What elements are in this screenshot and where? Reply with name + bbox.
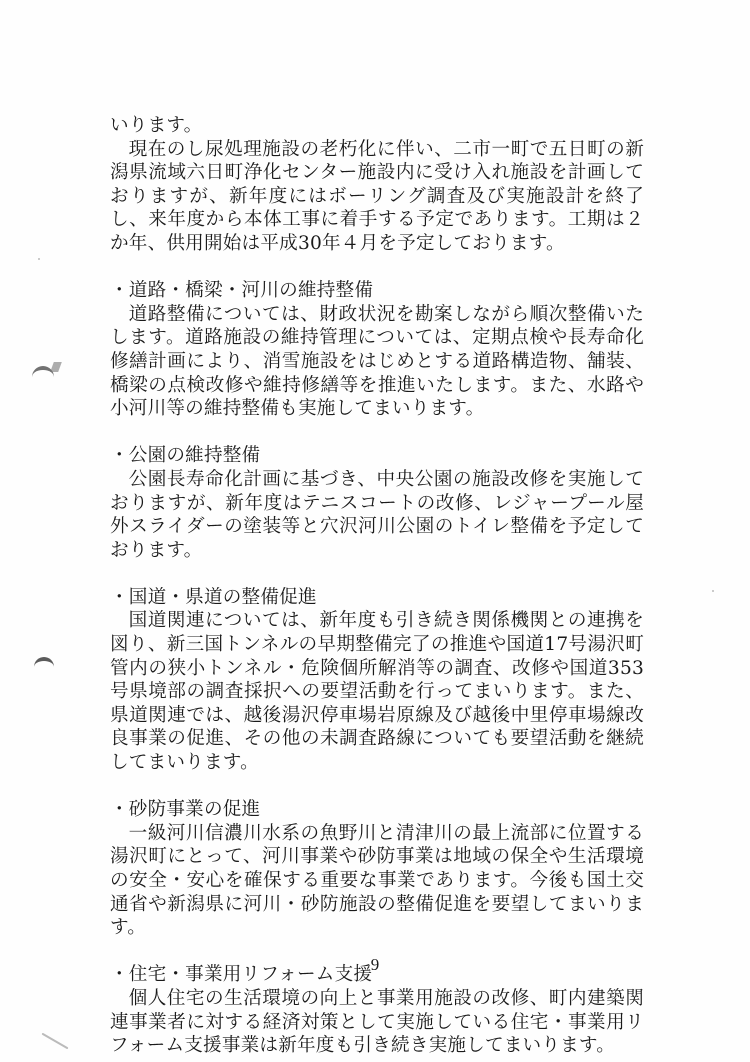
- scanned-page: いります。 現在のし尿処理施設の老朽化に伴い、二市一町で五日町の新潟県流域六日町…: [0, 0, 750, 1062]
- section-national-prefectural-roads: ・国道・県道の整備促進 国道関連については、新年度も引き続き関係機関との連携を図…: [110, 586, 644, 775]
- section-roads-bridges-rivers: ・道路・橋梁・河川の維持整備 道路整備については、財政状況を勘案しながら順次整備…: [110, 279, 644, 421]
- section-body: 個人住宅の生活環境の向上と事業用施設の改修、町内建築関連事業者に対する経済対策と…: [110, 987, 644, 1058]
- section-body: 一級河川信濃川水系の魚野川と清津川の最上流部に位置する湯沢町にとって、河川事業や…: [110, 822, 644, 940]
- document-body: いります。 現在のし尿処理施設の老朽化に伴い、二市一町で五日町の新潟県流域六日町…: [110, 114, 644, 1058]
- section-erosion-control: ・砂防事業の促進 一級河川信濃川水系の魚野川と清津川の最上流部に位置する湯沢町に…: [110, 798, 644, 940]
- section-heading: ・道路・橋梁・河川の維持整備: [110, 279, 644, 303]
- section-heading: ・砂防事業の促進: [110, 798, 644, 822]
- intro-paragraph: 現在のし尿処理施設の老朽化に伴い、二市一町で五日町の新潟県流域六日町浄化センター…: [110, 138, 644, 256]
- scan-speck: [712, 590, 714, 592]
- section-renovation-support: ・住宅・事業用リフォーム支援 個人住宅の生活環境の向上と事業用施設の改修、町内建…: [110, 963, 644, 1057]
- section-parks: ・公園の維持整備 公園長寿命化計画に基づき、中央公園の施設改修を実施しております…: [110, 444, 644, 562]
- section-body: 国道関連については、新年度も引き続き関係機関との連携を図り、新三国トンネルの早期…: [110, 609, 644, 774]
- section-body: 公園長寿命化計画に基づき、中央公園の施設改修を実施しておりますが、新年度はテニス…: [110, 468, 644, 562]
- scan-artifact-mark: [50, 362, 62, 372]
- section-heading: ・国道・県道の整備促進: [110, 586, 644, 610]
- page-number: 9: [0, 955, 750, 975]
- scan-artifact-mark: [34, 657, 54, 675]
- section-heading: ・公園の維持整備: [110, 444, 644, 468]
- section-body: 道路整備については、財政状況を勘案しながら順次整備いたします。道路施設の維持管理…: [110, 303, 644, 421]
- continuation-text: いります。: [110, 114, 644, 138]
- scan-speck: [38, 258, 40, 260]
- scan-speck: [42, 1033, 69, 1050]
